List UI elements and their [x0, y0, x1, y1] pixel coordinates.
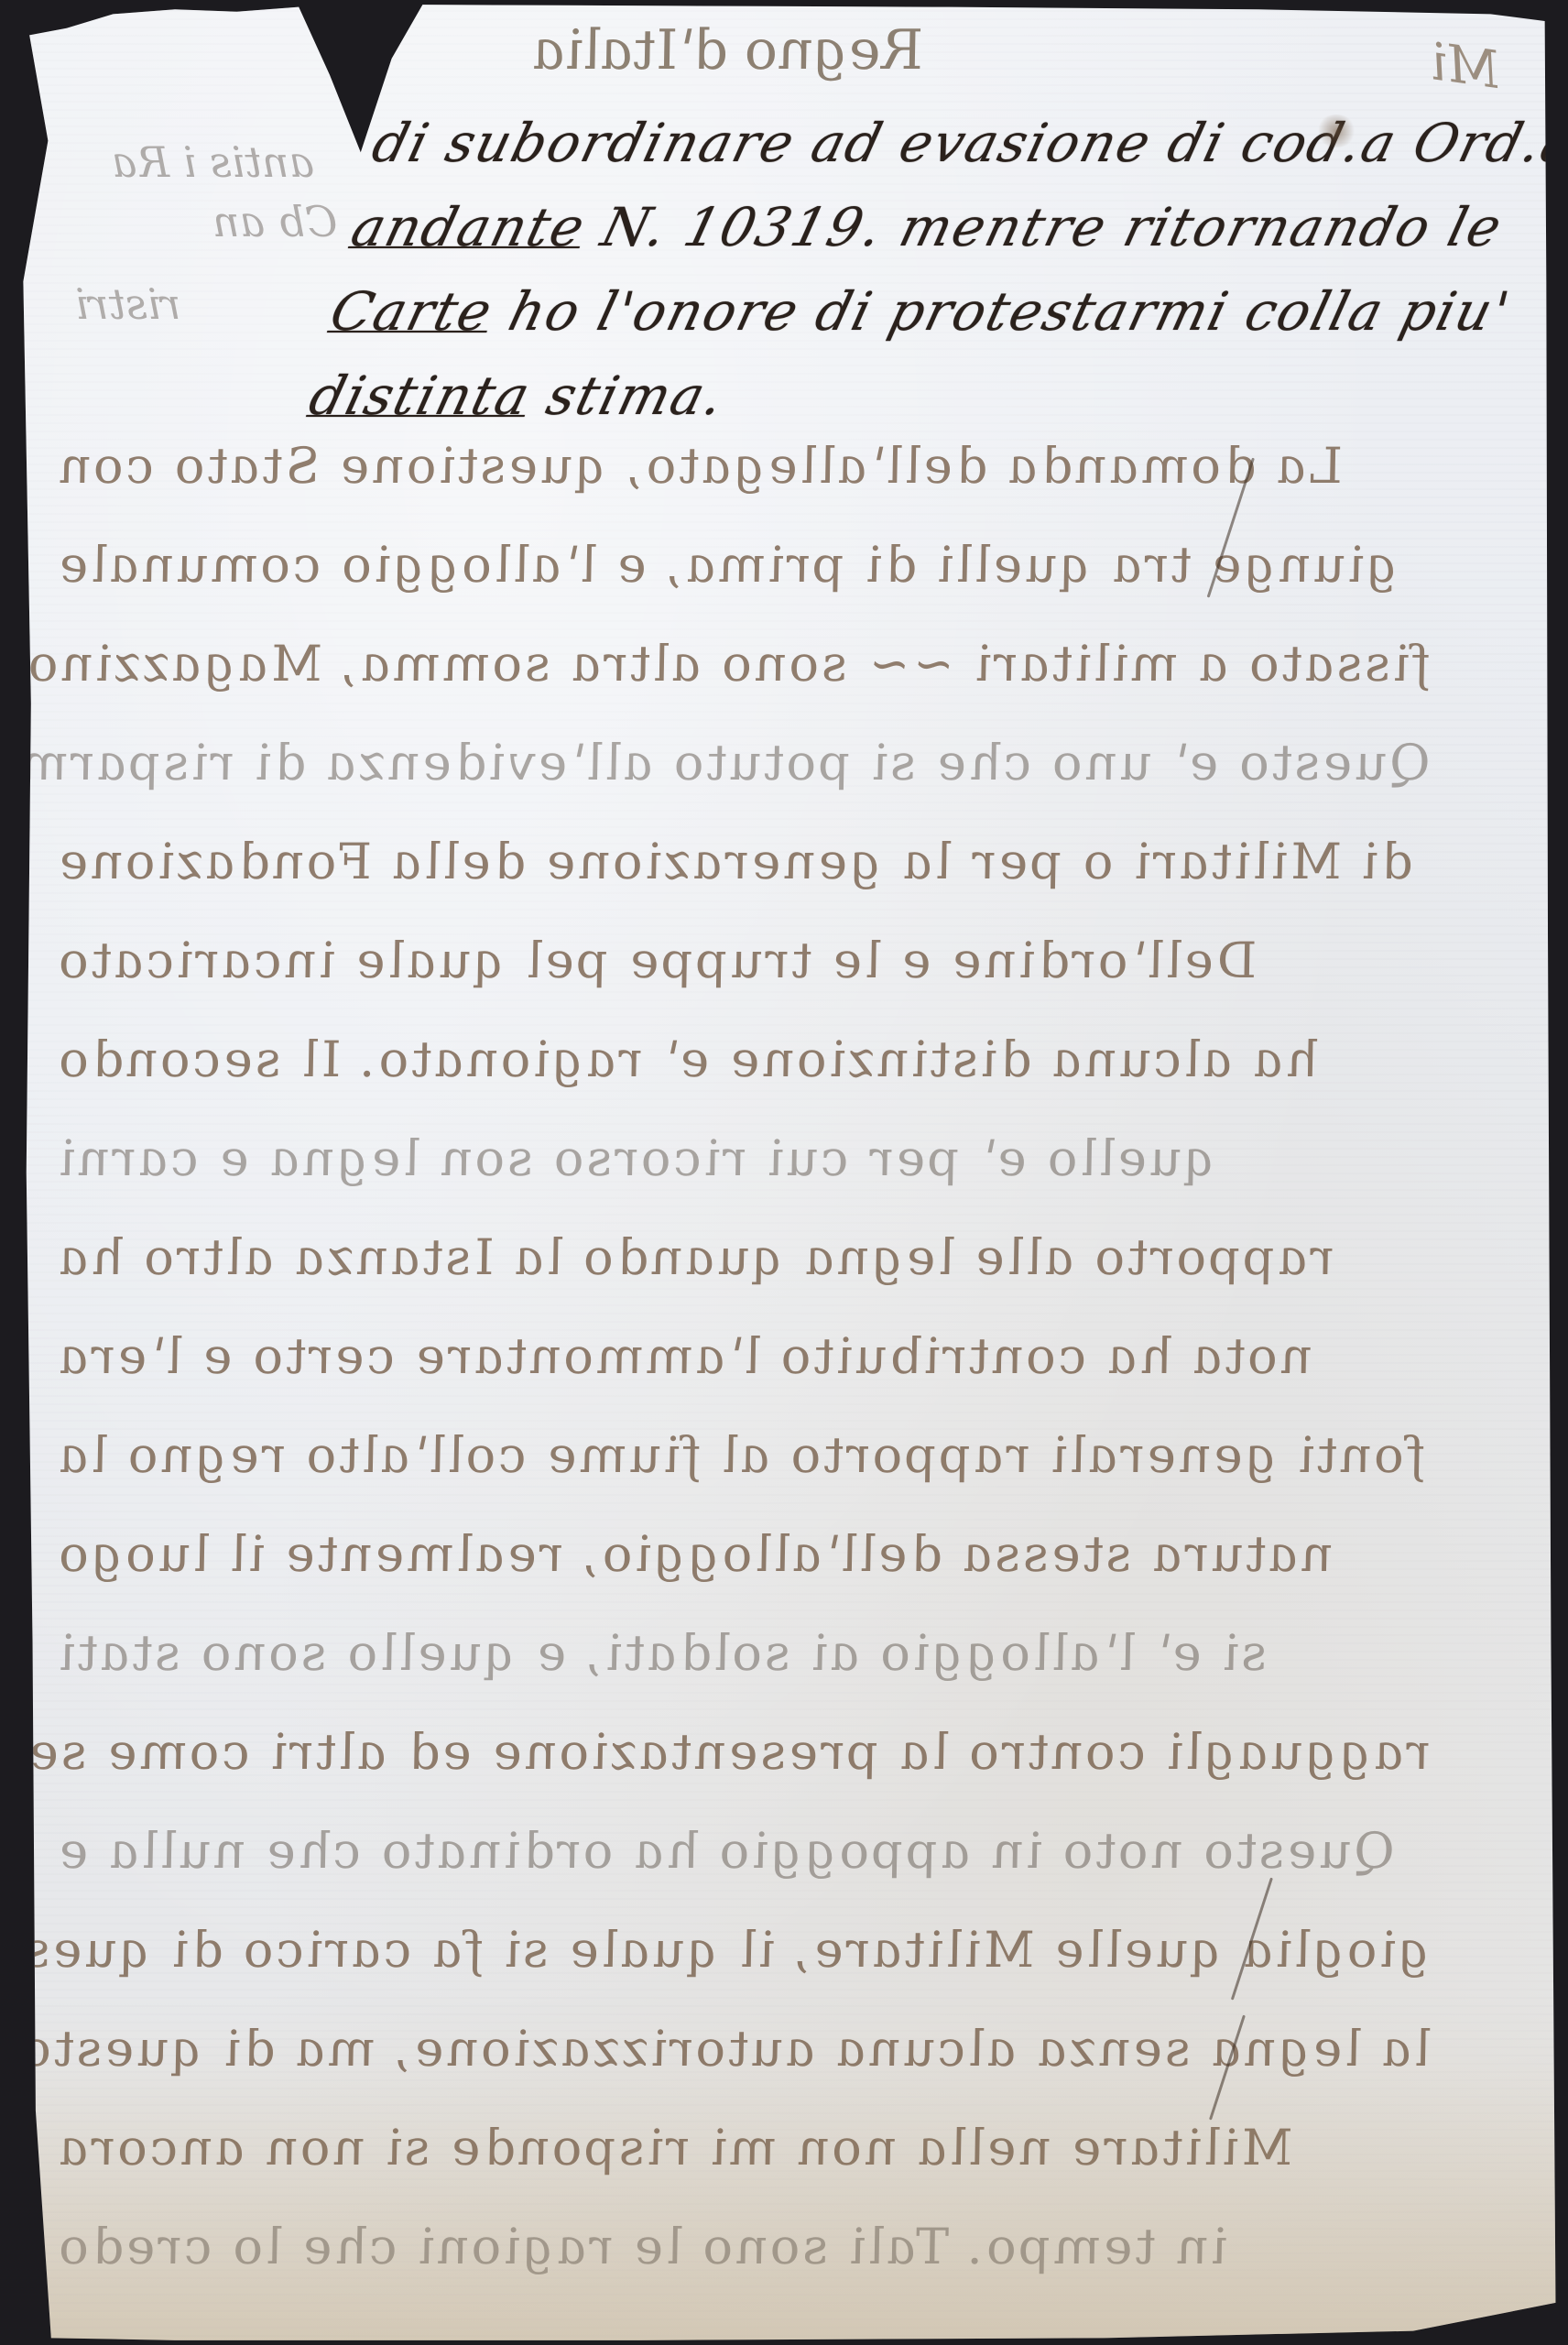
verso-line: gioglia quelle Militare, il quale si fa …	[47, 1901, 1442, 2000]
verso-line: Militare nella non mi risponde si non an…	[47, 2099, 1442, 2198]
recto-line-3: Carte ho l'onore di protestarmi colla pi…	[321, 269, 1506, 354]
verso-line: fonti generali rapporto al fiume coll'al…	[47, 1406, 1442, 1505]
recto-line-1: di subordinare ad evasione di cod.a Ord.…	[364, 101, 1548, 185]
recto-line-3-rest: ho l'onore di protestarmi colla piu'	[485, 280, 1518, 343]
verso-line: rapporto alle legna quando la Istanza al…	[47, 1208, 1442, 1307]
underlined-word: andante	[345, 196, 593, 258]
paper-sheet: Regno d'Italia Mi antis i Ra Cb an ristr…	[20, 0, 1568, 2345]
ink-blot	[1316, 115, 1356, 147]
verso-line: Questo noto in appoggio ha ordinato che …	[47, 1802, 1442, 1901]
recto-line-2: andante N. 10319. mentre ritornando le	[343, 185, 1527, 269]
verso-line: ha alcuna distinzione e' ragionato. Il s…	[47, 1010, 1442, 1109]
verso-line: Dell'ordine e le truppe pel quale incari…	[47, 911, 1442, 1010]
scanned-page: Regno d'Italia Mi antis i Ra Cb an ristr…	[0, 0, 1568, 2345]
mirrored-corner-fragment: Mi	[1427, 32, 1504, 101]
verso-line: nota ha contribuito l'ammontare certo e …	[47, 1307, 1442, 1406]
mirrored-header-fragment: Regno d'Italia	[527, 18, 930, 82]
margin-fragment: antis i Ra	[112, 137, 314, 187]
margin-fragment: ristri	[75, 279, 181, 329]
verso-line: ragguagli contro la presentazione ed alt…	[47, 1703, 1442, 1802]
margin-fragment: Cb an	[212, 197, 337, 246]
verso-bleed-through-block: La domanda dell'allegato, questione Stat…	[57, 417, 1431, 2296]
recto-line-2-rest: N. 10319. mentre ritornando le	[577, 196, 1509, 258]
verso-line: giunge tra quelli di prima, e l'alloggio…	[47, 516, 1442, 615]
verso-line: fissato a militari ~~ sono altra somma, …	[47, 615, 1442, 714]
verso-line: in tempo. Tali sono le ragioni che lo cr…	[47, 2198, 1442, 2296]
verso-line: Questo e' uno che si potuto all'evidenza…	[47, 714, 1442, 813]
verso-line: si e' l'alloggio ai soldati, e quello so…	[47, 1604, 1442, 1703]
verso-line: natura stessa dell'alloggio, realmente i…	[47, 1505, 1442, 1604]
verso-line: quello e' per cui ricorso son legna e ca…	[47, 1109, 1442, 1208]
verso-line: di Militari o per la generazione della F…	[47, 813, 1442, 911]
underlined-word: Carte	[324, 280, 499, 343]
verso-line: La domanda dell'allegato, questione Stat…	[47, 417, 1442, 516]
recto-text-block: di subordinare ad evasione di cod.a Ord.…	[300, 101, 1548, 438]
